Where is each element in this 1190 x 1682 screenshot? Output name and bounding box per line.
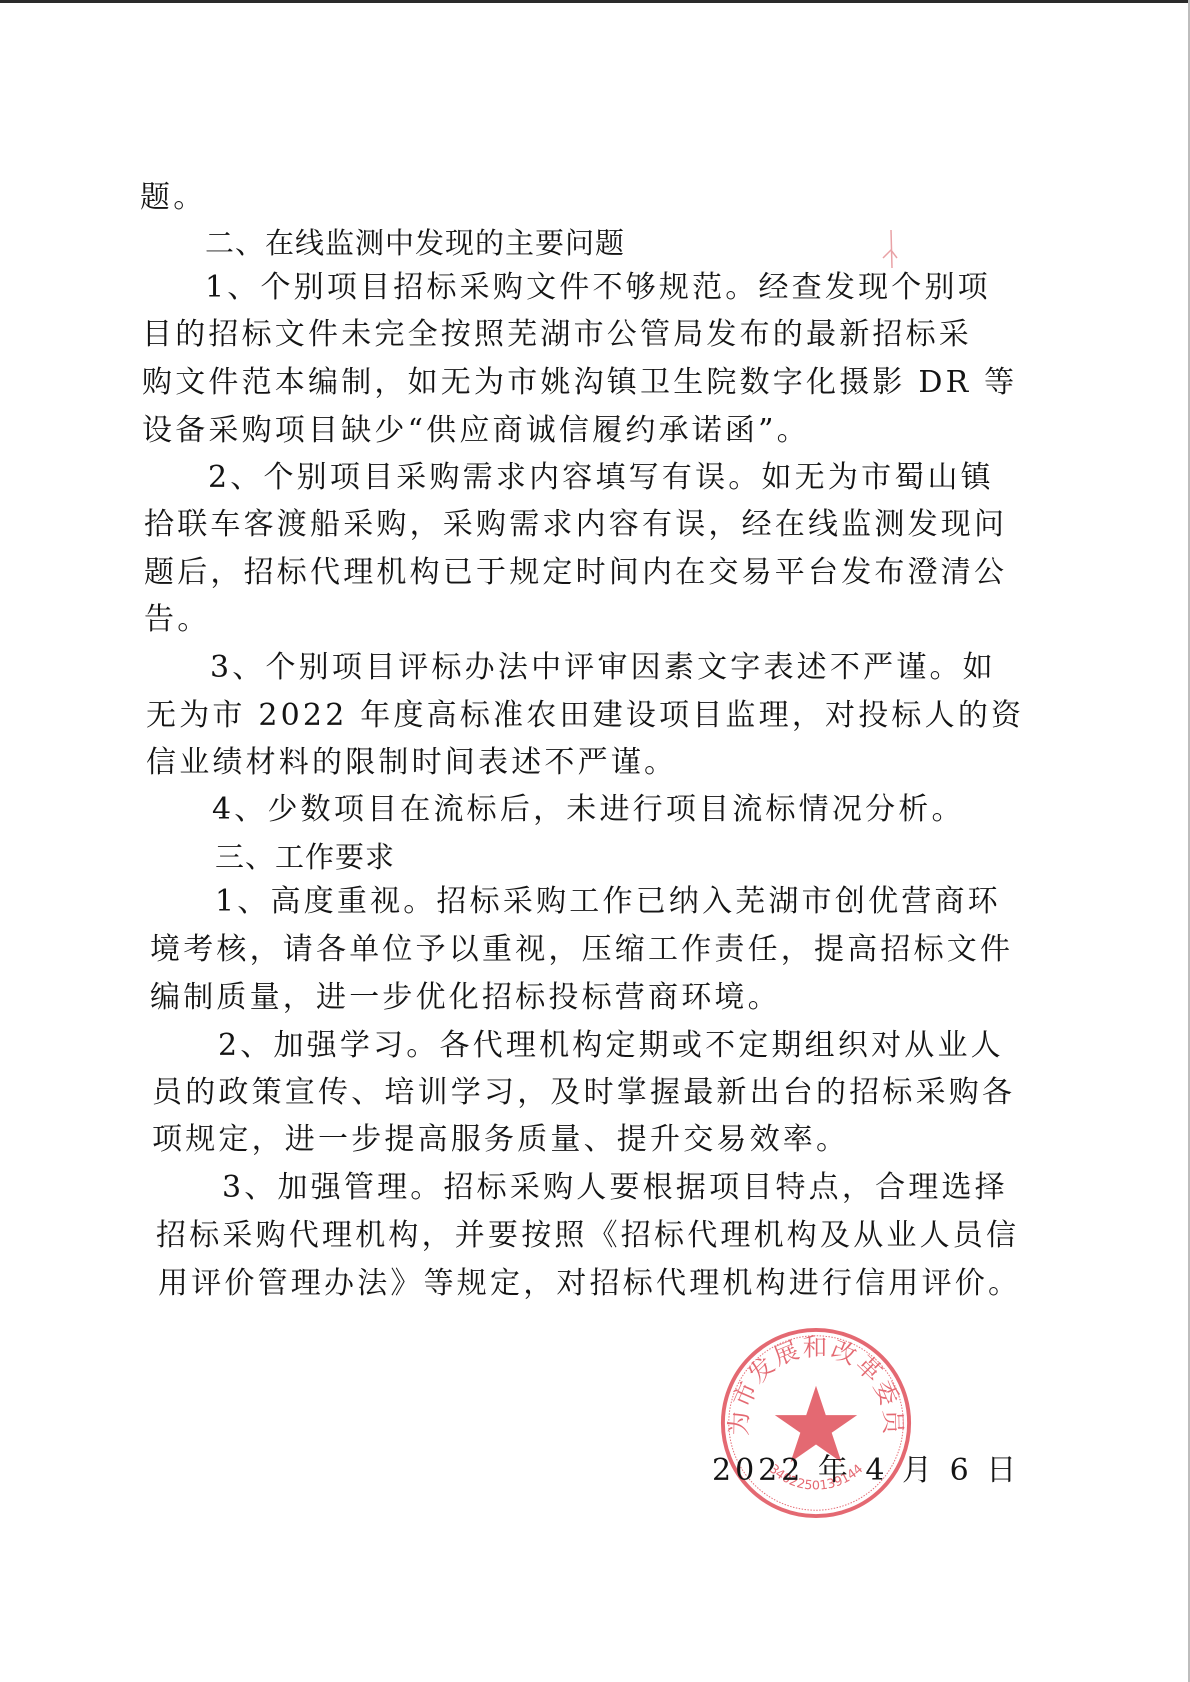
section-heading-3: 三、工作要求 xyxy=(215,837,395,877)
text-line: 员的政策宣传、培训学习，及时掌握最新出台的招标采购各 xyxy=(152,1073,1015,1113)
text-line: 目的招标文件未完全按照芜湖市公管局发布的最新招标采 xyxy=(142,315,972,355)
text-line: 无为市 2022 年度高标准农田建设项目监理，对投标人的资 xyxy=(146,696,1024,736)
text-line: 购文件范本编制，如无为市姚沟镇卫生院数字化摄影 DR 等 xyxy=(142,363,1017,403)
text-line: 1、高度重视。招标采购工作已纳入芜湖市创优营商环 xyxy=(215,882,1001,922)
text-line: 4、少数项目在流标后，未进行项目流标情况分析。 xyxy=(212,790,965,830)
text-line: 编制质量，进一步优化招标投标营商环境。 xyxy=(150,978,781,1018)
text-line: 项规定，进一步提高服务质量、提升交易效率。 xyxy=(152,1120,849,1160)
text-line: 题。 xyxy=(140,178,206,218)
text-line: 3、加强管理。招标采购人要根据项目特点，合理选择 xyxy=(222,1168,1008,1208)
text-line: 3、个别项目评标办法中评审因素文字表述不严谨。如 xyxy=(210,648,996,688)
text-line: 信业绩材料的限制时间表述不严谨。 xyxy=(146,743,677,783)
text-line: 题后，招标代理机构已于规定时间内在交易平台发布澄清公 xyxy=(144,553,1007,593)
red-ink-mark xyxy=(877,228,899,270)
text-line: 告。 xyxy=(144,600,210,640)
document-date: 2022 年 4 月 6 日 xyxy=(712,1445,1020,1489)
scan-edge-top xyxy=(0,0,1190,3)
text-line: 设备采购项目缺少“供应商诚信履约承诺函”。 xyxy=(142,411,810,451)
text-line: 1、个别项目招标采购文件不够规范。经查发现个别项 xyxy=(205,268,991,308)
text-line: 2、个别项目采购需求内容填写有误。如无为市蜀山镇 xyxy=(208,458,994,498)
text-line: 境考核，请各单位予以重视，压缩工作责任，提高招标文件 xyxy=(150,930,1013,970)
official-seal: 无为市发展和改革委员会 3402250139144 xyxy=(718,1325,914,1521)
text-line: 拾联车客渡船采购，采购需求内容有误，经在线监测发现问 xyxy=(144,505,1007,545)
text-line: 招标采购代理机构，并要按照《招标代理机构及从业人员信 xyxy=(156,1216,1019,1256)
section-heading-2: 二、在线监测中发现的主要问题 xyxy=(205,223,625,263)
text-line: 2、加强学习。各代理机构定期或不定期组织对从业人 xyxy=(218,1026,1004,1066)
text-line: 用评价管理办法》等规定，对招标代理机构进行信用评价。 xyxy=(158,1264,1021,1304)
